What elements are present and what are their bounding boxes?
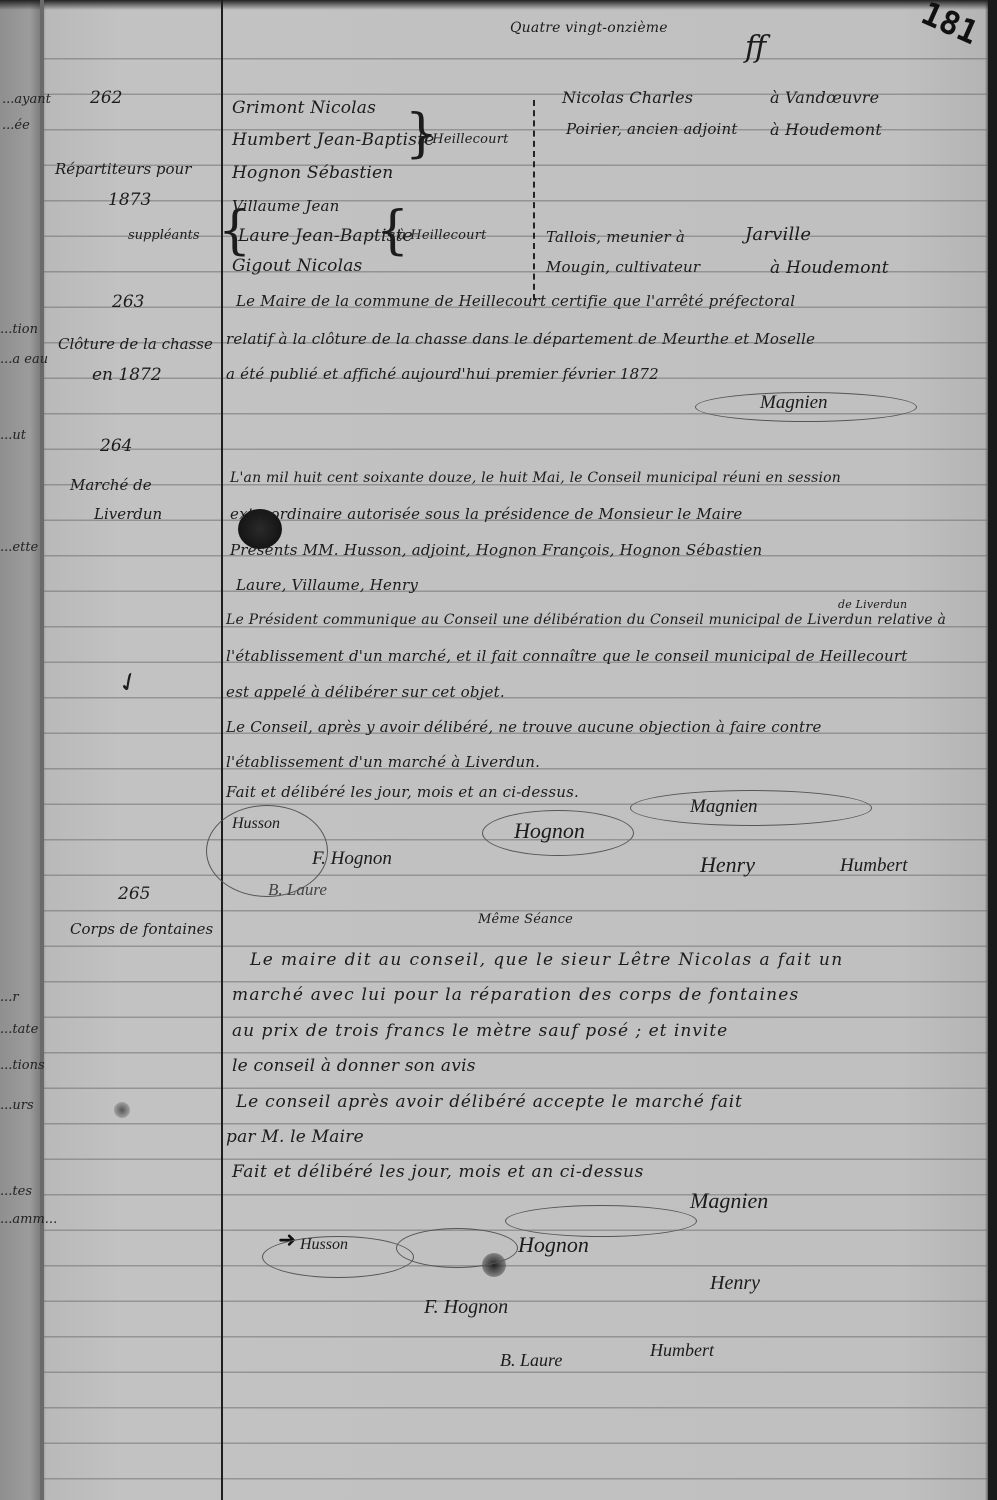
- text-line: l'établissement d'un marché, et il fait …: [226, 647, 907, 665]
- fragment: ...tion: [0, 322, 38, 337]
- text-line: extraordinaire autorisée sous la préside…: [230, 505, 743, 523]
- dashed-separator: [533, 100, 535, 300]
- signature: Henry: [700, 852, 755, 878]
- header-initials: ff: [745, 30, 766, 65]
- signature: Hognon: [518, 1232, 589, 1258]
- section-heading: Même Séance: [478, 912, 573, 927]
- fragment: ...ette: [0, 540, 38, 555]
- text-line: au prix de trois francs le mètre sauf po…: [232, 1021, 728, 1041]
- fragment: ...tes: [0, 1184, 32, 1199]
- entry-number: 263: [112, 292, 144, 312]
- binding-gutter: [40, 0, 44, 1500]
- text-line: Le Président communique au Conseil une d…: [226, 612, 946, 628]
- text-line: L'an mil huit cent soixante douze, le hu…: [230, 470, 841, 486]
- entry-margin-subtitle: Liverdun: [94, 505, 162, 523]
- location-text: Jarville: [745, 224, 811, 245]
- text-line: Le maire dit au conseil, que le sieur Lê…: [250, 950, 844, 970]
- entry-margin-year: 1873: [108, 190, 151, 210]
- fragment: ...ée: [2, 118, 30, 133]
- entry-margin-title: Marché de: [70, 476, 152, 494]
- signature: F. Hognon: [424, 1296, 508, 1319]
- text-line: a été publié et affiché aujourd'hui prem…: [226, 365, 659, 383]
- entry-margin-subtitle: en 1872: [92, 365, 162, 385]
- entry-margin-title: Corps de fontaines: [70, 920, 213, 938]
- location-text: à Vandœuvre: [770, 88, 879, 107]
- fragment: ...urs: [0, 1098, 34, 1113]
- name-line: Mougin, cultivateur: [546, 258, 700, 276]
- signature: Humbert: [650, 1340, 714, 1361]
- text-line: l'établissement d'un marché à Liverdun.: [226, 753, 540, 771]
- signature: Henry: [710, 1272, 760, 1295]
- signature-flourish: [396, 1228, 518, 1268]
- brace-icon: {: [218, 205, 251, 257]
- location-text: à Houdemont: [770, 258, 889, 278]
- signature: B. Laure: [268, 880, 327, 900]
- signature: Husson: [232, 815, 280, 833]
- signature: Magnien: [760, 392, 828, 414]
- text-line: Le Maire de la commune de Heillecourt ce…: [236, 292, 795, 310]
- text-line: Laure, Villaume, Henry: [236, 576, 418, 594]
- text-line: Fait et délibéré les jour, mois et an ci…: [226, 783, 579, 801]
- signature: F. Hognon: [312, 848, 392, 870]
- signature: B. Laure: [500, 1350, 562, 1371]
- name-line: Gigout Nicolas: [232, 256, 362, 276]
- text-line: marché avec lui pour la réparation des c…: [232, 985, 799, 1005]
- name-line: Tallois, meunier à: [546, 228, 685, 246]
- signature: Husson: [300, 1236, 348, 1254]
- name-line: Nicolas Charles: [562, 88, 693, 107]
- name-line: Hognon Sébastien: [232, 163, 393, 183]
- signature: Magnien: [690, 1188, 768, 1214]
- register-page: ...ayant ...ée ...tion ...a eau ...ut ..…: [0, 0, 997, 1500]
- page-top-shadow: [0, 0, 997, 10]
- location-text: à Houdemont: [770, 120, 882, 139]
- text-line: le conseil à donner son avis: [232, 1056, 476, 1076]
- entry-number: 264: [100, 436, 132, 456]
- fragment: ...tions: [0, 1058, 45, 1073]
- entry-number: 262: [90, 88, 122, 108]
- text-line: Présents MM. Husson, adjoint, Hognon Fra…: [230, 541, 762, 559]
- location-text: à Heillecourt: [398, 228, 487, 243]
- entry-margin-title: Clôture de la chasse: [58, 335, 213, 353]
- text-line: par M. le Maire: [226, 1127, 364, 1147]
- signature: Humbert: [840, 855, 908, 877]
- signature: Hognon: [514, 818, 585, 844]
- text-line: est appelé à délibérer sur cet objet.: [226, 683, 505, 701]
- text-line: relatif à la clôture de la chasse dans l…: [226, 330, 815, 348]
- text-line: Fait et délibéré les jour, mois et an ci…: [232, 1162, 644, 1182]
- name-line: Poirier, ancien adjoint: [566, 120, 738, 138]
- ink-smudge: [114, 1102, 130, 1118]
- name-line: Grimont Nicolas: [232, 98, 376, 118]
- fragment: ...tate: [0, 1022, 38, 1037]
- text-line: Le conseil après avoir délibéré accepte …: [236, 1092, 743, 1112]
- signature: Magnien: [690, 796, 758, 818]
- interlinear-note: de Liverdun: [838, 598, 907, 611]
- text-line: Le Conseil, après y avoir délibéré, ne t…: [226, 718, 822, 736]
- fragment: ...ut: [0, 428, 26, 443]
- entry-margin-subtitle: suppléants: [128, 228, 200, 243]
- entry-margin-title: Répartiteurs pour: [55, 160, 191, 178]
- location-text: à Heillecourt: [420, 132, 509, 147]
- fragment: ...amm...: [0, 1212, 57, 1227]
- fragment: ...r: [0, 990, 19, 1005]
- fragment: ...a eau: [0, 352, 48, 367]
- page-edge: [988, 0, 997, 1500]
- page-header-ordinal: Quatre vingt-onzième: [510, 20, 668, 36]
- entry-number: 265: [118, 884, 150, 904]
- fragment: ...ayant: [2, 92, 51, 107]
